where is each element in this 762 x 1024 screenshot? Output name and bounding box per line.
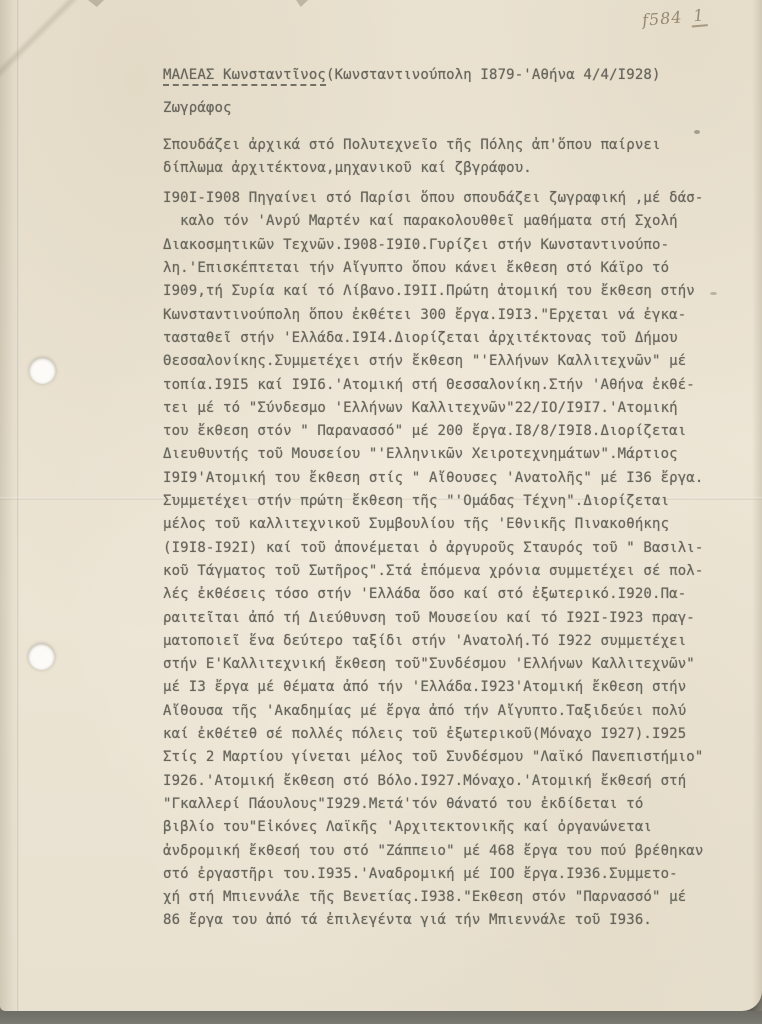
ink-speck [710,292,717,295]
paper-right-edge-shadow [752,0,762,1011]
person-life-dates: (Κωνσταντινούπολη Ι879-'Αθήνα 4/4/Ι928) [326,67,661,83]
biography-paragraph: Ι90Ι-Ι908 Πηγαίνει στό Παρίσι ὅπου σπουδ… [163,187,708,933]
scan-background-edge [0,1011,762,1024]
profession-label: Ζωγράφος [163,97,708,120]
annotation-page-number: 1 [691,5,708,27]
handwritten-archive-annotation: f5841 [641,5,707,30]
annotation-code: f584 [641,7,683,29]
paper-tear [88,0,104,7]
scanned-paper-sheet: f5841 ΜΑΛΕΑΣ Κωνσταντῖνος(Κωνσταντινούπο… [0,0,762,1011]
corner-crease [0,0,82,80]
punch-hole-top [29,357,56,384]
punch-hole-bottom [28,643,55,670]
document-title: ΜΑΛΕΑΣ Κωνσταντῖνος(Κωνσταντινούπολη Ι87… [163,64,708,87]
paper-tear [296,0,308,7]
intro-paragraph: Σπουδάζει ἀρχικά στό Πολυτεχνεῖο τῆς Πόλ… [163,134,708,181]
vertical-crease [17,0,20,1011]
typewritten-text-block: ΜΑΛΕΑΣ Κωνσταντῖνος(Κωνσταντινούπολη Ι87… [163,64,708,933]
person-name: ΜΑΛΕΑΣ Κωνσταντῖνος [163,67,326,86]
